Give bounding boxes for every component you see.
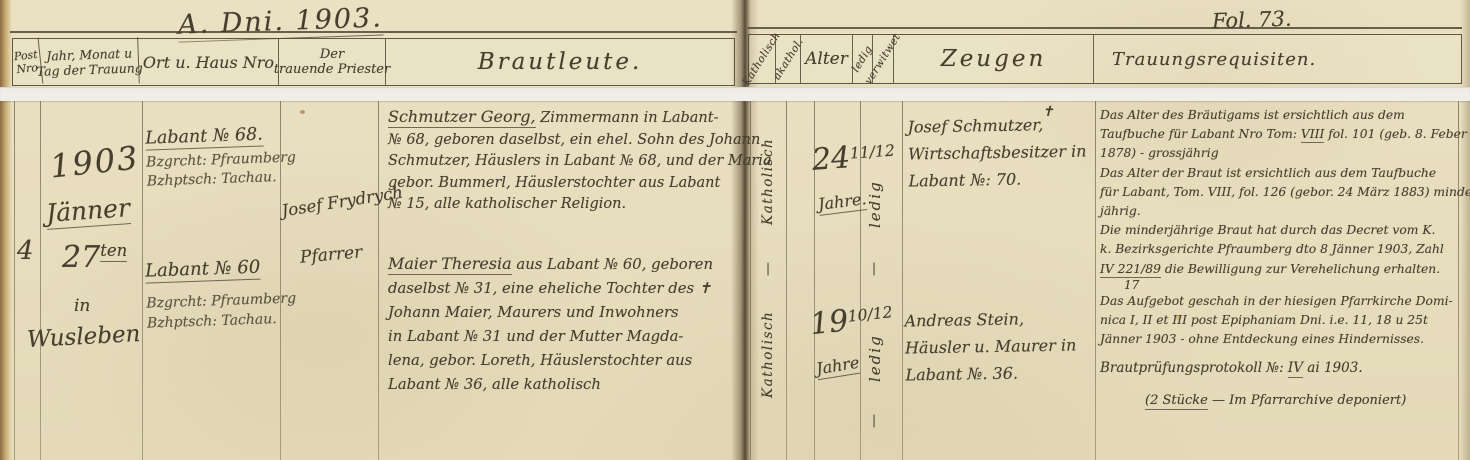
requisiten-protokoll-line: Brautprüfungsprotokoll №: IV ai 1903. <box>1100 359 1460 378</box>
stand-braut: ledig <box>866 334 884 382</box>
zeuge2-block: Andreas Stein, Häusler u. Maurer in Laba… <box>904 305 1077 389</box>
header-alter: Alter <box>801 35 853 83</box>
braut-line: Johann Maier, Maurers und Inwohners <box>388 301 713 325</box>
requisiten-text: Brautprüfungsprotokoll №: <box>1100 360 1288 376</box>
header-trauung-datum: Jahr, Monat u Tag der Trauung <box>40 37 140 86</box>
entry-month: Jänner <box>45 193 131 228</box>
zeuge2-line: Häusler u. Maurer in <box>905 332 1077 362</box>
ort-braeutigam-hauptmannschaft: Bzhptsch: Tachau. <box>147 168 297 189</box>
header-trauungsrequisiten: Trauungsrequisiten. <box>1094 35 1461 83</box>
requisiten-line: Jänner 1903 - ohne Entdeckung eines Hind… <box>1100 330 1460 349</box>
requisiten-text: — Im Pfarrarchive deponiert) <box>1208 393 1406 408</box>
braeutigam-name: Schmutzer Georg, <box>388 107 536 128</box>
alter-braut-einheit-text: Jahre <box>815 353 861 381</box>
ort-braeutigam-gericht: Bzgrcht: Pfraumberg <box>146 149 296 170</box>
anno-domini-note: A. Dni. 1903. <box>178 2 384 40</box>
zeuge1-line: Wirtschaftsbesitzer in <box>908 137 1087 167</box>
header-priester-line2: trauende Priester <box>274 62 390 77</box>
requisiten-text: ai 1903. <box>1303 360 1363 376</box>
column-rule <box>142 101 143 460</box>
braeutigam-line: № 68, geboren daselbst, ein ehel. Sohn d… <box>388 130 772 152</box>
requisiten-aktenzahl: IV 221/89 <box>1100 262 1161 278</box>
entry-day-suffix: ten <box>100 241 127 262</box>
braeutigam-line-text: Zimmermann in Labant- <box>540 110 718 126</box>
header-post-nro: Post Nro <box>11 38 44 87</box>
entry-place-preposition: in <box>74 296 90 316</box>
braut-line: Labant № 36, alle katholisch <box>388 373 713 397</box>
requisiten-line: für Labant, Tom. VIII, fol. 126 (gebor. … <box>1100 183 1460 202</box>
requisiten-line: Das Alter der Braut ist ersichtlich aus … <box>1100 164 1460 183</box>
header-zeugen: Zeugen <box>894 35 1094 83</box>
requisiten-line: k. Bezirksgerichte Pfraumberg dto 8 Jänn… <box>1100 240 1460 259</box>
entry-ort-braeutigam: Labant № 68. Bzgrcht: Pfraumberg Bzhptsc… <box>145 123 297 189</box>
requisiten-aktenzahl-unterzahl: 17 <box>1124 279 1460 292</box>
entry-place: Wusleben <box>26 321 141 353</box>
ort-braut-hauptmannschaft: Bzhptsch: Tachau. <box>147 310 297 331</box>
entry-year: 1903 <box>48 138 141 185</box>
requisiten-line: IV 221/89 die Bewilligung zur Verehelich… <box>1100 260 1460 279</box>
ort-braeutigam-haus-text: Labant № 68. <box>145 125 263 151</box>
zeuge1-line: Josef Schmutzer, <box>907 110 1086 140</box>
alter-braeutigam-bruch: 11/12 <box>849 142 895 163</box>
requisiten-stuecke: (2 Stücke <box>1145 393 1208 410</box>
braeutigam-line: Schmutzer Georg, Zimmermann in Labant- <box>388 106 772 130</box>
entry-braeutigam-paragraph: Schmutzer Georg, Zimmermann in Labant- №… <box>388 106 772 216</box>
ort-braeutigam-haus: Labant № 68. <box>145 123 295 148</box>
entry-braut-paragraph: Maier Theresia aus Labant № 60, geboren … <box>388 252 713 397</box>
book-edge <box>0 0 12 460</box>
stand-braeutigam: ledig <box>866 180 884 228</box>
entry-month-text: Jänner <box>45 193 131 230</box>
entry-ort-braut: Labant № 60 Bzgrcht: Pfraumberg Bzhptsch… <box>145 255 297 331</box>
folio-number: Fol. 73. <box>1212 7 1292 34</box>
column-rule <box>786 101 787 460</box>
requisiten-line: Die minderjährige Braut hat durch das De… <box>1100 221 1460 240</box>
alter-braeutigam-jahre: 24 <box>811 140 852 178</box>
alter-braeutigam-einheit: Jahre. <box>817 189 867 214</box>
header-verwitwet: verwitwet <box>873 35 894 83</box>
header-date-line2: Tag der Trauung <box>37 60 144 79</box>
braut-line: daselbst № 31, eine eheliche Tochter des… <box>388 277 713 301</box>
requisiten-text: Taufbuche für Labant Nro Tom: <box>1100 127 1301 141</box>
ort-braut-haus-text: Labant № 60 <box>145 257 261 284</box>
requisiten-line: 1878) - grossjährig <box>1100 144 1460 163</box>
left-header-row: Post Nro Jahr, Monat u Tag der Trauung O… <box>12 38 735 86</box>
header-religion-akatholisch: akathol. <box>776 35 801 83</box>
requisiten-line: Taufbuche für Labant Nro Tom: VIII fol. … <box>1100 125 1460 144</box>
entry-day-number: 27 <box>62 240 100 275</box>
requisiten-line: jährig. <box>1100 202 1460 221</box>
header-ort-haus-nro: Ort u. Haus Nro <box>139 39 279 85</box>
braut-line-text: aus Labant № 60, geboren <box>516 256 713 273</box>
requisiten-text: fol. 101 (geb. 8. Feber <box>1324 127 1466 141</box>
header-trauender-priester: Der trauende Priester <box>279 39 386 85</box>
religion-braeutigam: Katholisch <box>760 138 776 225</box>
marriage-register-scan: A. Dni. 1903. Fol. 73. Post Nro Jahr, Mo… <box>0 0 1470 460</box>
right-page-top-rule <box>748 27 1462 29</box>
entry-day: 27ten <box>62 240 127 275</box>
religion-braut: Katholisch <box>760 311 776 398</box>
requisiten-tomus: VIII <box>1301 127 1324 143</box>
requisiten-deponiert-line: (2 Stücke — Im Pfarrarchive deponiert) <box>1145 391 1460 410</box>
religion-braeutigam-dash: — <box>760 262 776 276</box>
zeuge2-line: Andreas Stein, <box>904 305 1076 335</box>
alter-braut-jahre: 19 <box>808 303 850 342</box>
right-header-row: Katholisch akathol. Alter ledig verwitwe… <box>748 34 1462 84</box>
alter-braut-einheit: Jahre <box>815 353 861 379</box>
braeutigam-line: Schmutzer, Häuslers in Labant № 68, und … <box>388 151 772 173</box>
zeuge1-block: Josef Schmutzer, Wirtschaftsbesitzer in … <box>907 110 1087 194</box>
alter-braut-bruch: 10/12 <box>847 303 894 326</box>
anno-domini-text: A. Dni. 1903. <box>178 2 384 42</box>
stand-braut-dash: — <box>866 414 882 428</box>
braut-line: Maier Theresia aus Labant № 60, geboren <box>388 252 713 277</box>
stand-braeutigam-dash: — <box>866 262 882 276</box>
braeutigam-line: gebor. Bummerl, Häuslerstochter aus Laba… <box>388 173 772 195</box>
braut-line: lena, gebor. Loreth, Häuslerstochter aus <box>388 349 713 373</box>
requisiten-text: die Bewilligung zur Verehelichung erhalt… <box>1161 262 1440 276</box>
header-priester-line1: Der <box>320 47 344 62</box>
column-rule <box>378 101 379 460</box>
entry-post-number: 4 <box>17 236 34 266</box>
braeutigam-line: № 15, alle katholischer Religion. <box>388 194 772 216</box>
entry-priester-name: Josef Frydrych <box>280 183 404 221</box>
left-page-top-rule <box>10 31 737 33</box>
header-brautleute: Brautleute. <box>386 39 734 85</box>
ort-braut-haus: Labant № 60 <box>145 255 295 281</box>
ort-braut-gericht: Bzgrcht: Pfraumberg <box>146 290 296 311</box>
column-rule <box>1095 101 1096 460</box>
requisiten-line: nica I, II et III post Epiphaniam Dni. i… <box>1100 311 1460 330</box>
ink-stain <box>300 110 305 114</box>
requisiten-protokoll-nr: IV <box>1288 360 1303 378</box>
requisiten-line: Das Aufgebot geschah in der hiesigen Pfa… <box>1100 292 1460 311</box>
zeuge2-line: Labant №. 36. <box>905 359 1077 389</box>
braut-name: Maier Theresia <box>388 254 512 275</box>
scan-splice-band <box>0 87 1470 101</box>
zeuge1-line: Labant №: 70. <box>908 164 1087 194</box>
entry-priester-titel: Pfarrer <box>299 242 363 267</box>
column-rule <box>14 101 15 460</box>
column-rule <box>40 101 41 460</box>
braut-line: in Labant № 31 und der Mutter Magda- <box>388 325 713 349</box>
column-rule <box>902 101 903 460</box>
alter-braeutigam: 2411/12 <box>811 137 896 178</box>
requisiten-block: Das Alter des Bräutigams ist ersichtlich… <box>1100 106 1460 410</box>
requisiten-line: Das Alter des Bräutigams ist ersichtlich… <box>1100 106 1460 125</box>
